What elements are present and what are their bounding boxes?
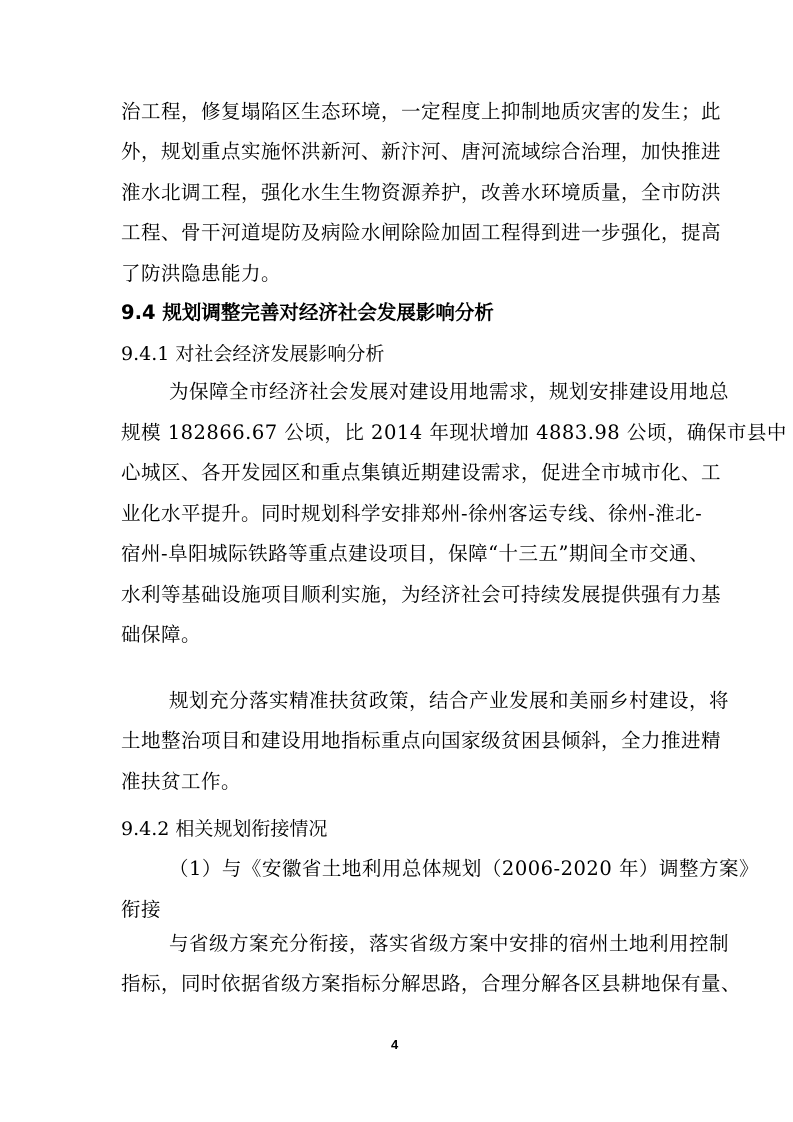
section-heading-9-4-2: 9.4.2 相关规划衔接情况 xyxy=(121,817,327,841)
paragraph-line: 了防洪隐患能力。 xyxy=(121,262,673,286)
paragraph-line: 治工程，修复塌陷区生态环境，一定程度上抑制地质灾害的发生；此 xyxy=(121,100,673,124)
paragraph-line: 水利等基础设施项目顺利实施，为经济社会可持续发展提供强有力基 xyxy=(121,583,673,607)
page-number: 4 xyxy=(391,1037,398,1053)
paragraph-line: 业化水平提升。同时规划科学安排郑州-徐州客运专线、徐州-淮北- xyxy=(121,502,673,526)
paragraph-line: 外，规划重点实施怀洪新河、新汴河、唐河流域综合治理，加快推进 xyxy=(121,140,673,164)
paragraph-line: 淮水北调工程，强化水生生物资源养护，改善水环境质量，全市防洪 xyxy=(121,181,673,205)
paragraph-line: 规划充分落实精准扶贫政策，结合产业发展和美丽乡村建设，将 xyxy=(169,689,673,713)
paragraph-line: 准扶贫工作。 xyxy=(121,770,673,794)
paragraph-line: 指标，同时依据省级方案指标分解思路，合理分解各区县耕地保有量、 xyxy=(121,972,673,996)
document-page: 治工程，修复塌陷区生态环境，一定程度上抑制地质灾害的发生；此 外，规划重点实施怀… xyxy=(0,0,793,1122)
paragraph-line: 土地整治项目和建设用地指标重点向国家级贫困县倾斜，全力推进精 xyxy=(121,729,673,753)
list-item-line: 衔接 xyxy=(121,898,673,922)
list-item-line: （1）与《安徽省土地利用总体规划（2006-2020 年）调整方案》 xyxy=(169,857,673,881)
paragraph-line: 规模 182866.67 公顷，比 2014 年现状增加 4883.98 公顷，… xyxy=(121,421,673,445)
paragraph-line: 工程、骨干河道堤防及病险水闸除险加固工程得到进一步强化，提高 xyxy=(121,221,673,245)
paragraph-line: 心城区、各开发园区和重点集镇近期建设需求，促进全市城市化、工 xyxy=(121,461,673,485)
paragraph-line: 础保障。 xyxy=(121,623,673,647)
paragraph-line: 与省级方案充分衔接，落实省级方案中安排的宿州土地利用控制 xyxy=(169,932,673,956)
paragraph-line: 为保障全市经济社会发展对建设用地需求，规划安排建设用地总 xyxy=(169,380,673,404)
paragraph-line: 宿州-阜阳城际铁路等重点建设项目，保障“十三五”期间全市交通、 xyxy=(121,542,673,566)
section-heading-9-4: 9.4 规划调整完善对经济社会发展影响分析 xyxy=(121,301,494,325)
section-heading-9-4-1: 9.4.1 对社会经济发展影响分析 xyxy=(121,342,384,366)
